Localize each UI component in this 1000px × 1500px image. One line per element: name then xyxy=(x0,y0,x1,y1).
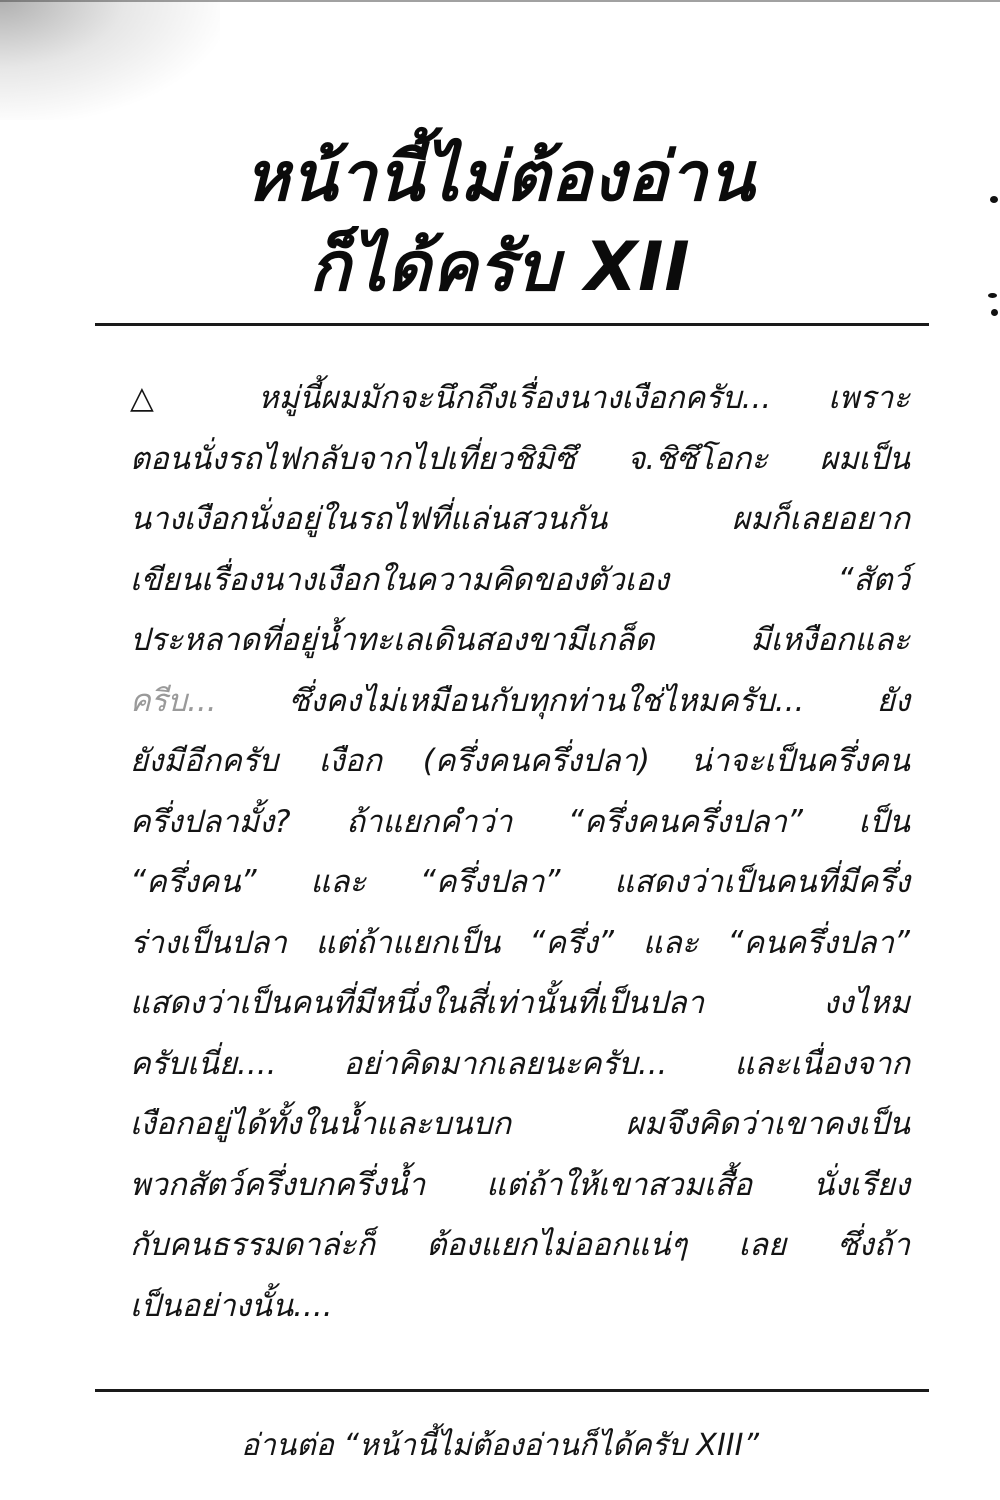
body-line: “ครึ่งคน” และ “ครึ่งปลา” แสดงว่าเป็นคนที… xyxy=(130,852,910,913)
body-line: △ หมู่นี้ผมมักจะนึกถึงเรื่องนางเงือกครับ… xyxy=(130,368,910,429)
body-line: ครับเนี่ย.... อย่าคิดมากเลยนะครับ... และ… xyxy=(130,1034,910,1095)
top-divider xyxy=(95,323,929,326)
continue-reading-note: อ่านต่อ “หน้านี้ไม่ต้องอ่านก็ได้ครับ XII… xyxy=(0,1422,1000,1469)
body-line: ยังมีอีกครับ เงือก (ครึ่งคนครึ่งปลา) น่า… xyxy=(130,731,910,792)
page-title-line-1: หน้านี้ไม่ต้องอ่าน xyxy=(0,144,1000,212)
faded-word: ครีบ... xyxy=(130,683,217,719)
body-line: แสดงว่าเป็นคนที่มีหนึ่งในสี่เท่านั้นที่เ… xyxy=(130,973,910,1034)
body-line: ครึ่งปลามั้ง? ถ้าแยกคำว่า “ครึ่งคนครึ่งป… xyxy=(130,792,910,853)
page-title-line-2: ก็ได้ครับ XII xyxy=(0,234,1000,302)
scan-top-edge xyxy=(0,0,1000,2)
body-paragraph: △ หมู่นี้ผมมักจะนึกถึงเรื่องนางเงือกครับ… xyxy=(130,368,910,1336)
body-line: เป็นอย่างนั้น.... xyxy=(130,1276,910,1337)
body-line: เขียนเรื่องนางเงือกในความคิดของตัวเอง “ส… xyxy=(130,550,910,611)
body-line: เงือกอยู่ได้ทั้งในน้ำและบนบก ผมจึงคิดว่า… xyxy=(130,1094,910,1155)
body-line: กับคนธรรมดาล่ะก็ ต้องแยกไม่ออกแน่ๆ เลย ซ… xyxy=(130,1215,910,1276)
body-line: นางเงือกนั่งอยู่ในรถไฟที่แล่นสวนกัน ผมก็… xyxy=(130,489,910,550)
scan-speck xyxy=(991,309,998,316)
body-line: ประหลาดที่อยู่น้ำทะเลเดินสองขามีเกล็ด มี… xyxy=(130,610,910,671)
bottom-divider xyxy=(95,1389,929,1392)
body-line: ร่างเป็นปลา แต่ถ้าแยกเป็น “ครึ่ง” และ “ค… xyxy=(130,913,910,974)
body-line: ครีบ... ซึ่งคงไม่เหมือนกับทุกท่านใช่ไหมค… xyxy=(130,671,910,732)
body-line: พวกสัตว์ครึ่งบกครึ่งน้ำ แต่ถ้าให้เขาสวมเ… xyxy=(130,1155,910,1216)
body-line: ตอนนั่งรถไฟกลับจากไปเที่ยวชิมิซึ จ.ชิซึโ… xyxy=(130,429,910,490)
scan-noise-corner xyxy=(0,0,220,120)
